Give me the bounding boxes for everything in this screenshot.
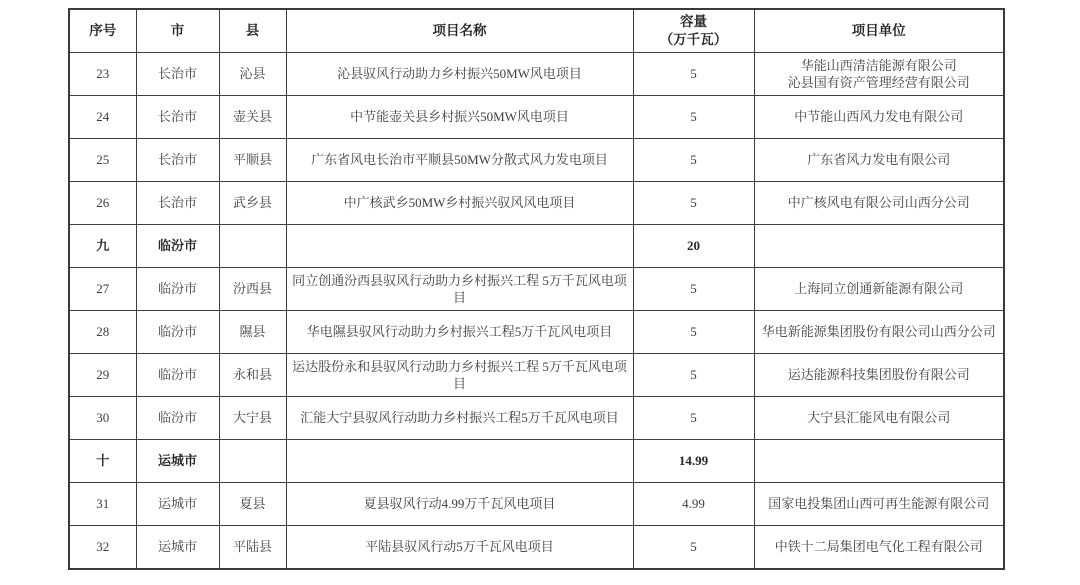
cell-capacity: 5 (633, 139, 754, 182)
cell-unit: 国家电投集团山西可再生能源有限公司 (754, 483, 1004, 526)
cell-city: 临汾市 (136, 225, 219, 268)
table-row: 26 长治市 武乡县 中广核武乡50MW乡村振兴驭风风电项目 5 中广核风电有限… (69, 182, 1004, 225)
cell-unit: 中铁十二局集团电气化工程有限公司 (754, 526, 1004, 570)
cell-serial: 24 (69, 96, 136, 139)
table-body: 23 长治市 沁县 沁县驭风行动助力乡村振兴50MW风电项目 5 华能山西清洁能… (69, 53, 1004, 570)
cell-serial: 十 (69, 440, 136, 483)
cell-capacity: 5 (633, 268, 754, 311)
cell-city: 临汾市 (136, 311, 219, 354)
cell-project: 中广核武乡50MW乡村振兴驭风风电项目 (286, 182, 633, 225)
cell-capacity: 5 (633, 53, 754, 96)
cell-unit: 华电新能源集团股份有限公司山西分公司 (754, 311, 1004, 354)
cell-serial: 九 (69, 225, 136, 268)
table-row: 28 临汾市 隰县 华电隰县驭风行动助力乡村振兴工程5万千瓦风电项目 5 华电新… (69, 311, 1004, 354)
cell-capacity: 14.99 (633, 440, 754, 483)
cell-city: 长治市 (136, 182, 219, 225)
cell-capacity: 5 (633, 397, 754, 440)
cell-project (286, 440, 633, 483)
cell-city: 临汾市 (136, 397, 219, 440)
cell-county: 沁县 (219, 53, 286, 96)
cell-unit: 运达能源科技集团股份有限公司 (754, 354, 1004, 397)
cell-capacity: 5 (633, 96, 754, 139)
cell-city: 长治市 (136, 139, 219, 182)
table-header: 序号 市 县 项目名称 容量 （万千瓦） 项目单位 (69, 9, 1004, 53)
table-row: 25 长治市 平顺县 广东省风电长治市平顺县50MW分散式风力发电项目 5 广东… (69, 139, 1004, 182)
cell-project: 同立创通汾西县驭风行动助力乡村振兴工程 5万千瓦风电项目 (286, 268, 633, 311)
col-header-city: 市 (136, 9, 219, 53)
cell-project: 华电隰县驭风行动助力乡村振兴工程5万千瓦风电项目 (286, 311, 633, 354)
table-row: 23 长治市 沁县 沁县驭风行动助力乡村振兴50MW风电项目 5 华能山西清洁能… (69, 53, 1004, 96)
cell-county: 隰县 (219, 311, 286, 354)
cell-capacity: 4.99 (633, 483, 754, 526)
cell-serial: 27 (69, 268, 136, 311)
cell-serial: 28 (69, 311, 136, 354)
cell-county (219, 225, 286, 268)
cell-capacity: 5 (633, 354, 754, 397)
cell-city: 长治市 (136, 96, 219, 139)
cell-project (286, 225, 633, 268)
cell-county: 永和县 (219, 354, 286, 397)
cell-city: 运城市 (136, 526, 219, 570)
cell-unit: 上海同立创通新能源有限公司 (754, 268, 1004, 311)
cell-county: 平顺县 (219, 139, 286, 182)
cell-county: 壶关县 (219, 96, 286, 139)
cell-serial: 32 (69, 526, 136, 570)
cell-unit: 广东省风力发电有限公司 (754, 139, 1004, 182)
table-row: 30 临汾市 大宁县 汇能大宁县驭风行动助力乡村振兴工程5万千瓦风电项目 5 大… (69, 397, 1004, 440)
cell-unit: 中节能山西风力发电有限公司 (754, 96, 1004, 139)
cell-serial: 29 (69, 354, 136, 397)
cell-unit: 华能山西清洁能源有限公司 沁县国有资产管理经营有限公司 (754, 53, 1004, 96)
cell-city: 长治市 (136, 53, 219, 96)
cell-serial: 26 (69, 182, 136, 225)
col-header-unit: 项目单位 (754, 9, 1004, 53)
cell-project: 平陆县驭风行动5万千瓦风电项目 (286, 526, 633, 570)
cell-unit (754, 225, 1004, 268)
table-row: 29 临汾市 永和县 运达股份永和县驭风行动助力乡村振兴工程 5万千瓦风电项目 … (69, 354, 1004, 397)
cell-county: 汾西县 (219, 268, 286, 311)
cell-capacity: 5 (633, 311, 754, 354)
cell-county: 夏县 (219, 483, 286, 526)
cell-city: 临汾市 (136, 354, 219, 397)
cell-unit: 中广核风电有限公司山西分公司 (754, 182, 1004, 225)
cell-capacity: 5 (633, 182, 754, 225)
cell-county (219, 440, 286, 483)
cell-county: 平陆县 (219, 526, 286, 570)
table-row: 十 运城市 14.99 (69, 440, 1004, 483)
col-header-project: 项目名称 (286, 9, 633, 53)
cell-unit (754, 440, 1004, 483)
cell-city: 运城市 (136, 440, 219, 483)
table-row: 九 临汾市 20 (69, 225, 1004, 268)
document-page: 序号 市 县 项目名称 容量 （万千瓦） 项目单位 23 长治市 沁县 沁县驭风… (0, 0, 1080, 585)
header-row: 序号 市 县 项目名称 容量 （万千瓦） 项目单位 (69, 9, 1004, 53)
col-header-capacity: 容量 （万千瓦） (633, 9, 754, 53)
table-row: 32 运城市 平陆县 平陆县驭风行动5万千瓦风电项目 5 中铁十二局集团电气化工… (69, 526, 1004, 570)
cell-project: 广东省风电长治市平顺县50MW分散式风力发电项目 (286, 139, 633, 182)
projects-table: 序号 市 县 项目名称 容量 （万千瓦） 项目单位 23 长治市 沁县 沁县驭风… (68, 8, 1005, 570)
col-header-serial: 序号 (69, 9, 136, 53)
table-row: 31 运城市 夏县 夏县驭风行动4.99万千瓦风电项目 4.99 国家电投集团山… (69, 483, 1004, 526)
col-header-county: 县 (219, 9, 286, 53)
cell-project: 汇能大宁县驭风行动助力乡村振兴工程5万千瓦风电项目 (286, 397, 633, 440)
cell-capacity: 20 (633, 225, 754, 268)
cell-serial: 23 (69, 53, 136, 96)
table-row: 24 长治市 壶关县 中节能壶关县乡村振兴50MW风电项目 5 中节能山西风力发… (69, 96, 1004, 139)
cell-project: 中节能壶关县乡村振兴50MW风电项目 (286, 96, 633, 139)
cell-county: 大宁县 (219, 397, 286, 440)
cell-project: 夏县驭风行动4.99万千瓦风电项目 (286, 483, 633, 526)
cell-county: 武乡县 (219, 182, 286, 225)
table-row: 27 临汾市 汾西县 同立创通汾西县驭风行动助力乡村振兴工程 5万千瓦风电项目 … (69, 268, 1004, 311)
cell-serial: 25 (69, 139, 136, 182)
cell-serial: 30 (69, 397, 136, 440)
cell-serial: 31 (69, 483, 136, 526)
cell-city: 运城市 (136, 483, 219, 526)
cell-city: 临汾市 (136, 268, 219, 311)
cell-project: 运达股份永和县驭风行动助力乡村振兴工程 5万千瓦风电项目 (286, 354, 633, 397)
cell-project: 沁县驭风行动助力乡村振兴50MW风电项目 (286, 53, 633, 96)
cell-unit: 大宁县汇能风电有限公司 (754, 397, 1004, 440)
cell-capacity: 5 (633, 526, 754, 570)
